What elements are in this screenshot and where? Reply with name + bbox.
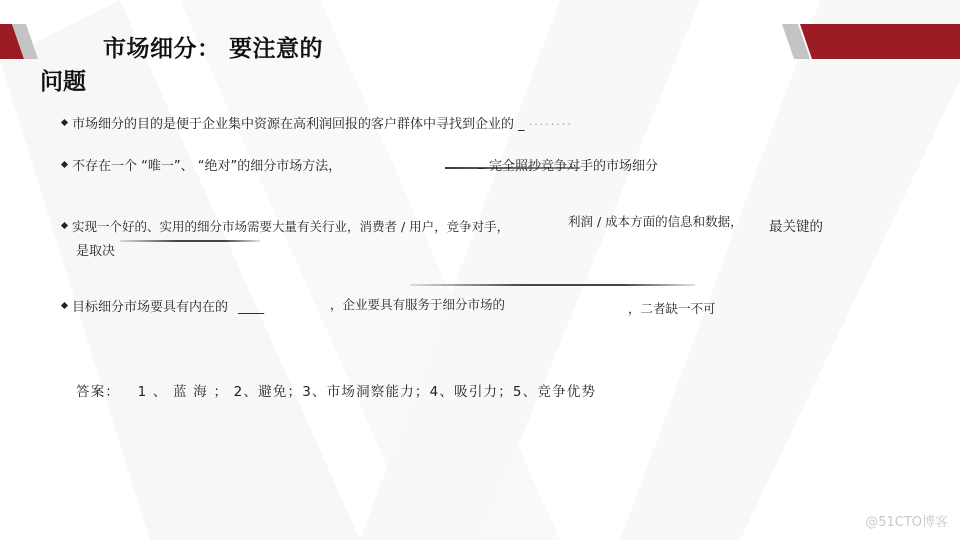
bullet-1-dots: ········ (529, 118, 573, 131)
answer-label: 答案： (76, 384, 120, 400)
bullet-3-mid: 利润 / 成本方面的信息和数据， (568, 212, 743, 230)
slide-background (0, 0, 960, 540)
bullet-2-blank: _ (478, 155, 485, 170)
underline-blank (120, 240, 260, 242)
slide-title: 市场细分： 要注意的 (103, 30, 323, 63)
bullet-1-blank: _ (518, 117, 525, 132)
bullet-diamond-icon (61, 161, 68, 168)
bullet-4: 目标细分市场要具有内在的 ____ (62, 296, 264, 315)
bullet-4-blank: ____ (238, 300, 264, 315)
bullet-2-text: 不存在一个 “唯一”、 “绝对”的细分市场方法， (72, 159, 341, 174)
bullet-1-text: 市场细分的目的是便于企业集中资源在高利润回报的客户群体中寻找到企业的 (72, 117, 514, 132)
slide-title-continued: 问题 (40, 63, 86, 96)
watermark: @51CTO博客 (865, 511, 948, 530)
bullet-1: 市场细分的目的是便于企业集中资源在高利润回报的客户群体中寻找到企业的 _ ···… (62, 113, 573, 132)
bullet-3: 实现一个好的、实用的细分市场需要大量有关行业，消费者 / 用户，竞争对手， (62, 217, 509, 235)
bullet-4-end: ，二者缺一不可 (628, 299, 716, 317)
bullet-diamond-icon (61, 222, 68, 229)
right-accent-red (800, 24, 960, 59)
bullet-2-tail: 完全照抄竞争对手的市场细分 (489, 155, 658, 174)
bullet-3-line2: 是取决 (76, 240, 115, 259)
underline-blank (410, 284, 695, 286)
bullet-3-text: 实现一个好的、实用的细分市场需要大量有关行业，消费者 / 用户，竞争对手， (72, 219, 509, 234)
bullet-diamond-icon (61, 119, 68, 126)
answer-line: 答案： 1 、 蓝 海 ； 2、避免；3、市场洞察能力；4、吸引力；5、竞争优势 (76, 380, 596, 400)
bullet-3-end: 最关键的 (769, 215, 823, 235)
answer-items: 1 、 蓝 海 ； 2、避免；3、市场洞察能力；4、吸引力；5、竞争优势 (138, 384, 597, 400)
bullet-diamond-icon (61, 302, 68, 309)
bullet-2: 不存在一个 “唯一”、 “绝对”的细分市场方法， (62, 155, 341, 174)
bullet-4-text: 目标细分市场要具有内在的 (72, 300, 228, 315)
bullet-4-mid: ，企业要具有服务于细分市场的 (330, 295, 505, 313)
